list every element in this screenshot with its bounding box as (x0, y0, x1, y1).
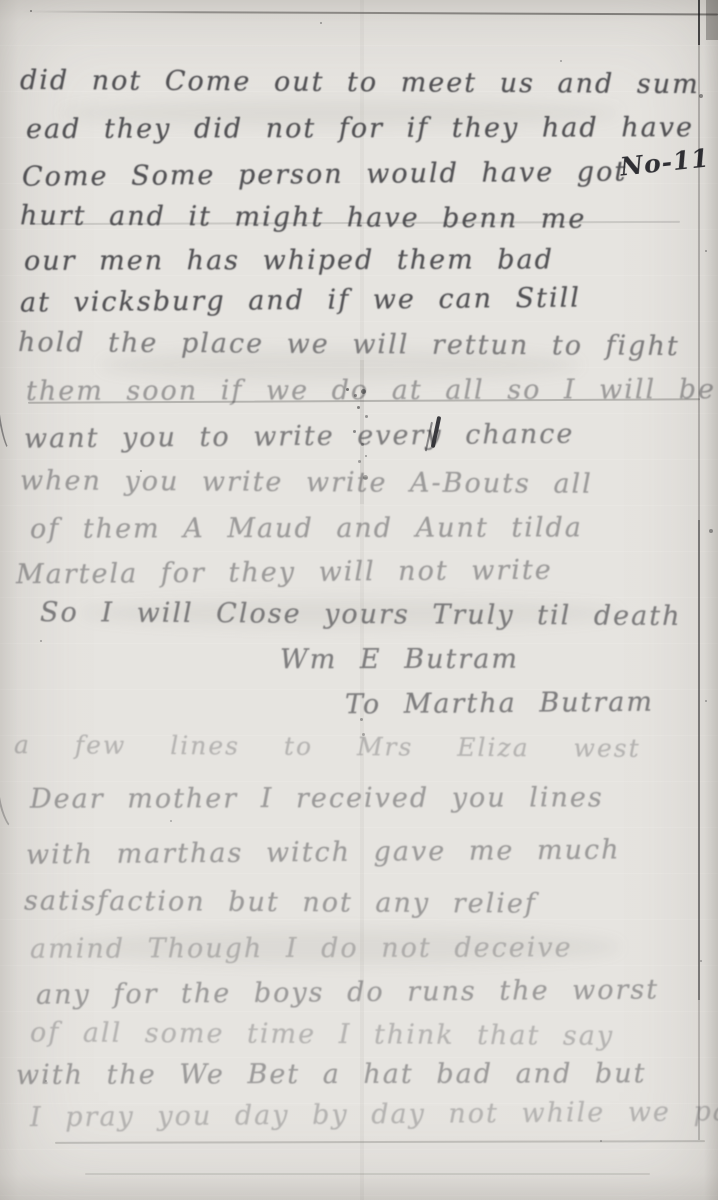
bottom-pencil-rule (85, 1173, 650, 1175)
handwriting-line: Come Some person would have got (22, 155, 627, 194)
handwriting-line: ead they did not for if they had have (26, 111, 694, 147)
handwriting-line: satisfaction but not any relief (24, 884, 537, 921)
handwriting-line: a few lines to Mrs Eliza west (14, 728, 641, 766)
handwriting-line: hold the place we will rettun to fight (18, 326, 680, 364)
handwriting-line: want you to write every chance (24, 418, 575, 457)
paper-specks (30, 10, 32, 12)
handwriting-line: I pray you day by day not while we part (30, 1095, 718, 1135)
handwriting-line: amind Though I do not deceive (30, 931, 573, 966)
handwriting-line: of them A Maud and Aunt tilda (30, 511, 583, 546)
handwriting-line: did not Come out to meet us and sum (20, 64, 700, 102)
left-margin-flourish-mark (0, 761, 26, 832)
handwriting-line: Wm E Butram (280, 643, 519, 678)
handwriting-line: them soon if we do at all so I will be (26, 373, 716, 409)
handwriting-line: our men has whiped them bad (24, 243, 554, 278)
handwriting-line: Dear mother I received you lines (30, 781, 604, 817)
handwriting-line: with the We Bet a hat bad and but (16, 1057, 647, 1093)
bottom-pencil-rule (55, 1140, 705, 1144)
handwriting-line: So I will Close yours Truly til death (40, 596, 682, 634)
handwriting-line: Martela for they will not write (16, 554, 553, 593)
handwriting-line: at vicksburg and if we can Still (20, 282, 581, 321)
handwriting-line: when you write write A-Bouts all (20, 464, 593, 501)
top-right-edge-mark (706, 0, 718, 40)
letter-page: No-11 did not Come out to meet us and su… (0, 0, 718, 1200)
handwriting-line: any for the boys do runs the worst (36, 973, 659, 1012)
handwriting-line: To Martha Butram (345, 686, 654, 723)
handwriting-line: hurt and it might have benn me (20, 199, 587, 236)
top-pencil-rule (22, 10, 718, 15)
handwriting-line: with marthas witch gave me much (26, 833, 621, 872)
handwriting-line: of all some time I think that say (30, 1016, 614, 1054)
